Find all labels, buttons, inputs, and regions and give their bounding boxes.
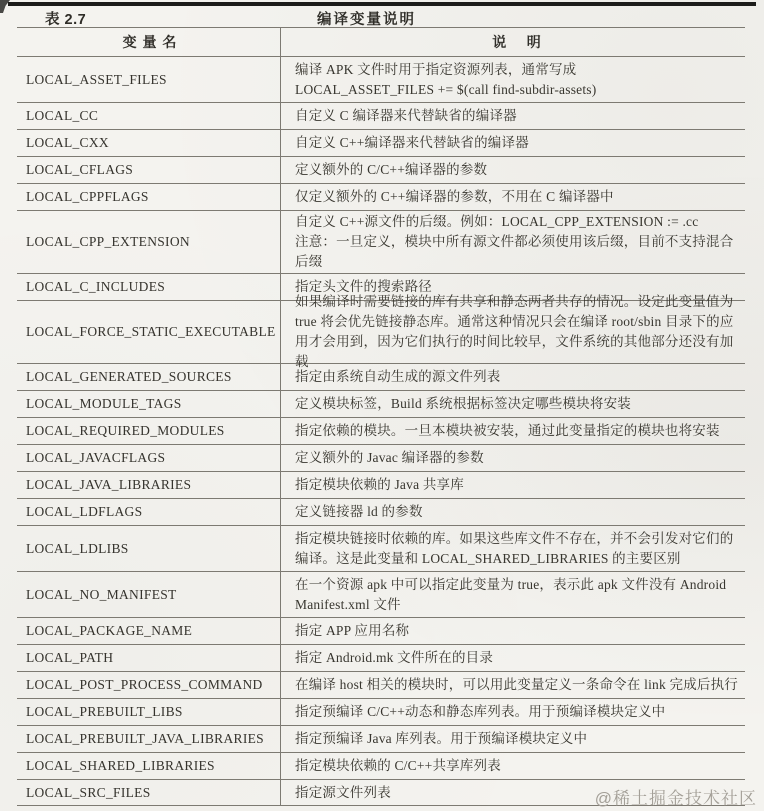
description-text: 指定预编译 C/C++动态和静态库列表。用于预编译模块定义中 xyxy=(295,702,665,722)
variable-description: 如果编译时需要链接的库有共享和静态两者共存的情况。设定此变量值为 true 将会… xyxy=(280,301,745,363)
variable-name: LOCAL_CFLAGS xyxy=(17,157,280,183)
description-text: 自定义 C++源文件的后缀。例如：LOCAL_CPP_EXTENSION := … xyxy=(295,212,733,272)
table-row: LOCAL_FORCE_STATIC_EXECUTABLE 如果编译时需要链接的… xyxy=(17,300,745,363)
variable-description: 自定义 C++源文件的后缀。例如：LOCAL_CPP_EXTENSION := … xyxy=(280,211,745,273)
variable-description: 指定依赖的模块。一旦本模块被安装，通过此变量指定的模块也将安装 xyxy=(280,418,745,444)
variable-name: LOCAL_GENERATED_SOURCES xyxy=(17,364,280,390)
variable-description: 指定 APP 应用名称 xyxy=(280,618,745,644)
table-row: LOCAL_LDFLAGS 定义链接器 ld 的参数 xyxy=(17,498,745,525)
description-text: 在编译 host 相关的模块时，可以用此变量定义一条命令在 link 完成后执行 xyxy=(295,675,738,695)
description-text: 定义额外的 Javac 编译器的参数 xyxy=(295,448,484,468)
variable-name: LOCAL_LDFLAGS xyxy=(17,499,280,525)
table-row: LOCAL_JAVA_LIBRARIES 指定模块依赖的 Java 共享库 xyxy=(17,471,745,498)
description-text: 指定模块依赖的 Java 共享库 xyxy=(295,475,464,495)
description-text: 定义链接器 ld 的参数 xyxy=(295,502,423,522)
description-text: 指定 Android.mk 文件所在的目录 xyxy=(295,648,493,668)
description-text: 指定模块链接时依赖的库。如果这些库文件不存在，并不会引发对它们的 编译。这是此变… xyxy=(295,529,733,569)
description-text: 指定模块依赖的 C/C++共享库列表 xyxy=(295,756,501,776)
variable-name: LOCAL_JAVA_LIBRARIES xyxy=(17,472,280,498)
description-text: 指定 APP 应用名称 xyxy=(295,621,409,641)
description-text: 定义额外的 C/C++编译器的参数 xyxy=(295,160,487,180)
table-row: LOCAL_CXX 自定义 C++编译器来代替缺省的编译器 xyxy=(17,129,745,156)
variable-description: 指定由系统自动生成的源文件列表 xyxy=(280,364,745,390)
description-text: 编译 APK 文件时用于指定资源列表，通常写成 LOCAL_ASSET_FILE… xyxy=(295,60,596,100)
table-header-row: 变 量 名 说 明 xyxy=(17,27,745,56)
variable-name: LOCAL_NO_MANIFEST xyxy=(17,572,280,617)
table-row: LOCAL_GENERATED_SOURCES 指定由系统自动生成的源文件列表 xyxy=(17,363,745,390)
table-row: LOCAL_ASSET_FILES 编译 APK 文件时用于指定资源列表，通常写… xyxy=(17,56,745,102)
description-text: 指定由系统自动生成的源文件列表 xyxy=(295,367,501,387)
compile-variables-table: 变 量 名 说 明 LOCAL_ASSET_FILES 编译 APK 文件时用于… xyxy=(17,27,745,806)
variable-name: LOCAL_MODULE_TAGS xyxy=(17,391,280,417)
table-row: LOCAL_CPP_EXTENSION 自定义 C++源文件的后缀。例如：LOC… xyxy=(17,210,745,273)
variable-description: 定义额外的 Javac 编译器的参数 xyxy=(280,445,745,471)
variable-name: LOCAL_ASSET_FILES xyxy=(17,57,280,102)
variable-description: 编译 APK 文件时用于指定资源列表，通常写成 LOCAL_ASSET_FILE… xyxy=(280,57,745,102)
community-watermark: @稀土掘金技术社区 xyxy=(595,784,757,809)
variable-description: 定义模块标签，Build 系统根据标签决定哪些模块将安装 xyxy=(280,391,745,417)
table-row: LOCAL_PREBUILT_JAVA_LIBRARIES 指定预编译 Java… xyxy=(17,725,745,752)
description-text: 自定义 C++编译器来代替缺省的编译器 xyxy=(295,133,529,153)
table-row: LOCAL_SHARED_LIBRARIES 指定模块依赖的 C/C++共享库列… xyxy=(17,752,745,779)
table-row: LOCAL_PATH 指定 Android.mk 文件所在的目录 xyxy=(17,644,745,671)
variable-description: 在一个资源 apk 中可以指定此变量为 true，表示此 apk 文件没有 An… xyxy=(280,572,745,617)
variable-name: LOCAL_REQUIRED_MODULES xyxy=(17,418,280,444)
variable-name: LOCAL_C_INCLUDES xyxy=(17,274,280,300)
variable-description: 自定义 C++编译器来代替缺省的编译器 xyxy=(280,130,745,156)
table-top-border xyxy=(8,2,756,6)
description-text: 如果编译时需要链接的库有共享和静态两者共存的情况。设定此变量值为 true 将会… xyxy=(295,292,739,372)
column-header-description: 说 明 xyxy=(280,28,745,56)
table-caption: 表 2.7 编译变量说明 xyxy=(18,8,745,27)
variable-name: LOCAL_FORCE_STATIC_EXECUTABLE xyxy=(17,301,280,363)
variable-description: 定义额外的 C/C++编译器的参数 xyxy=(280,157,745,183)
description-text: 定义模块标签，Build 系统根据标签决定哪些模块将安装 xyxy=(295,394,631,414)
description-text: 指定预编译 Java 库列表。用于预编译模块定义中 xyxy=(295,729,587,749)
scanned-book-page: 表 2.7 编译变量说明 变 量 名 说 明 LOCAL_ASSET_FILES… xyxy=(0,0,764,811)
variable-name: LOCAL_PATH xyxy=(17,645,280,671)
variable-name: LOCAL_POST_PROCESS_COMMAND xyxy=(17,672,280,698)
column-header-variable-name: 变 量 名 xyxy=(17,28,280,56)
table-row: LOCAL_CPPFLAGS 仅定义额外的 C++编译器的参数，不用在 C 编译… xyxy=(17,183,745,210)
variable-name: LOCAL_JAVACFLAGS xyxy=(17,445,280,471)
table-row: LOCAL_JAVACFLAGS 定义额外的 Javac 编译器的参数 xyxy=(17,444,745,471)
variable-name: LOCAL_CPPFLAGS xyxy=(17,184,280,210)
table-row: LOCAL_LDLIBS 指定模块链接时依赖的库。如果这些库文件不存在，并不会引… xyxy=(17,525,745,571)
table-row: LOCAL_REQUIRED_MODULES 指定依赖的模块。一旦本模块被安装，… xyxy=(17,417,745,444)
variable-description: 指定 Android.mk 文件所在的目录 xyxy=(280,645,745,671)
variable-description: 指定预编译 C/C++动态和静态库列表。用于预编译模块定义中 xyxy=(280,699,745,725)
variable-name: LOCAL_PREBUILT_LIBS xyxy=(17,699,280,725)
variable-name: LOCAL_CXX xyxy=(17,130,280,156)
variable-name: LOCAL_SHARED_LIBRARIES xyxy=(17,753,280,779)
variable-description: 仅定义额外的 C++编译器的参数，不用在 C 编译器中 xyxy=(280,184,745,210)
description-text: 指定源文件列表 xyxy=(295,783,391,803)
variable-description: 指定预编译 Java 库列表。用于预编译模块定义中 xyxy=(280,726,745,752)
table-row: LOCAL_PACKAGE_NAME 指定 APP 应用名称 xyxy=(17,617,745,644)
variable-description: 在编译 host 相关的模块时，可以用此变量定义一条命令在 link 完成后执行 xyxy=(280,672,745,698)
variable-name: LOCAL_PACKAGE_NAME xyxy=(17,618,280,644)
description-text: 自定义 C 编译器来代替缺省的编译器 xyxy=(295,106,517,126)
variable-name: LOCAL_LDLIBS xyxy=(17,526,280,571)
variable-name: LOCAL_PREBUILT_JAVA_LIBRARIES xyxy=(17,726,280,752)
variable-description: 指定模块依赖的 C/C++共享库列表 xyxy=(280,753,745,779)
table-row: LOCAL_PREBUILT_LIBS 指定预编译 C/C++动态和静态库列表。… xyxy=(17,698,745,725)
variable-name: LOCAL_SRC_FILES xyxy=(17,780,280,805)
table-row: LOCAL_CFLAGS 定义额外的 C/C++编译器的参数 xyxy=(17,156,745,183)
table-row: LOCAL_NO_MANIFEST 在一个资源 apk 中可以指定此变量为 tr… xyxy=(17,571,745,617)
table-row: LOCAL_POST_PROCESS_COMMAND 在编译 host 相关的模… xyxy=(17,671,745,698)
table-title: 编译变量说明 xyxy=(18,8,715,29)
description-text: 在一个资源 apk 中可以指定此变量为 true，表示此 apk 文件没有 An… xyxy=(295,575,726,615)
description-text: 指定依赖的模块。一旦本模块被安装，通过此变量指定的模块也将安装 xyxy=(295,421,720,441)
variable-description: 指定模块链接时依赖的库。如果这些库文件不存在，并不会引发对它们的 编译。这是此变… xyxy=(280,526,745,571)
variable-name: LOCAL_CPP_EXTENSION xyxy=(17,211,280,273)
table-row: LOCAL_CC 自定义 C 编译器来代替缺省的编译器 xyxy=(17,102,745,129)
variable-description: 自定义 C 编译器来代替缺省的编译器 xyxy=(280,103,745,129)
variable-name: LOCAL_CC xyxy=(17,103,280,129)
table-row: LOCAL_MODULE_TAGS 定义模块标签，Build 系统根据标签决定哪… xyxy=(17,390,745,417)
description-text: 仅定义额外的 C++编译器的参数，不用在 C 编译器中 xyxy=(295,187,614,207)
variable-description: 指定模块依赖的 Java 共享库 xyxy=(280,472,745,498)
variable-description: 定义链接器 ld 的参数 xyxy=(280,499,745,525)
